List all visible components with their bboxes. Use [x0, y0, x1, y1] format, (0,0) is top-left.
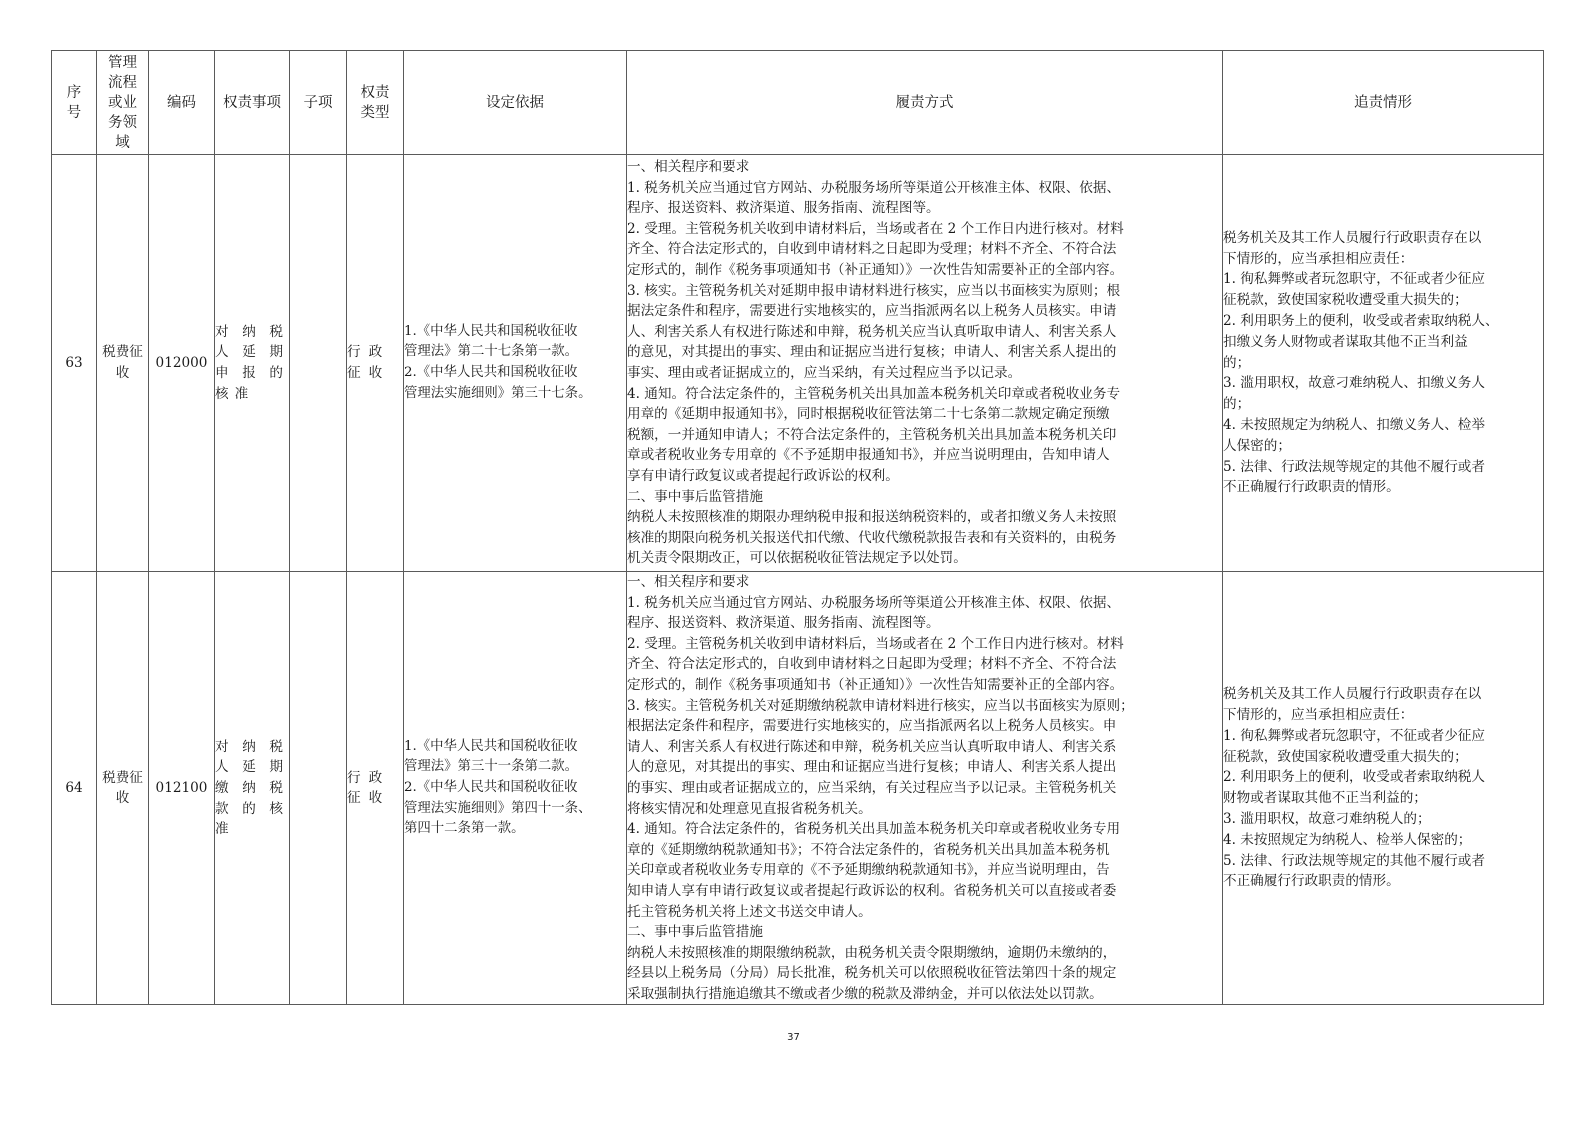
cell-method: 一、相关程序和要求 1. 税务机关应当通过官方网站、办税服务场所等渠道公开核准主… — [627, 155, 1223, 572]
method-line: 3. 核实。主管税务机关对延期缴纳税款申请材料进行核实，应当以书面核实为原则； — [627, 696, 1222, 717]
header-accountability: 追责情形 — [1223, 51, 1544, 155]
method-line: 纳税人未按照核准的期限缴纳税款，由税务机关责令限期缴纳，逾期仍未缴纳的， — [627, 943, 1222, 964]
method-line: 4. 通知。符合法定条件的，省税务机关出具加盖本税务机关印章或者税收业务专用 — [627, 819, 1222, 840]
accountability-line: 不正确履行行政职责的情形。 — [1223, 871, 1543, 892]
accountability-line: 3. 滥用职权，故意刁难纳税人、扣缴义务人 — [1223, 373, 1543, 394]
accountability-line: 4. 未按照规定为纳税人、扣缴义务人、检举 — [1223, 415, 1543, 436]
cell-code: 012000 — [149, 155, 215, 572]
basis-line: 管理法实施细则》第三十七条。 — [404, 384, 626, 405]
table-row: 64 税费征收 012100 对纳税人延期缴纳税款的核准 行政征收 1.《中华人… — [52, 572, 1544, 1005]
accountability-line: 不正确履行行政职责的情形。 — [1223, 477, 1543, 498]
cell-area: 税费征收 — [97, 155, 149, 572]
method-line: 3. 核实。主管税务机关对延期申报申请材料进行核实，应当以书面核实为原则；根 — [627, 281, 1222, 302]
method-line: 人、利害关系人有权进行陈述和申辩，税务机关应当认真听取申请人、利害关系人 — [627, 322, 1222, 343]
method-line: 纳税人未按照核准的期限办理纳税申报和报送纳税资料的，或者扣缴义务人未按照 — [627, 507, 1222, 528]
method-line: 1. 税务机关应当通过官方网站、办税服务场所等渠道公开核准主体、权限、依据、 — [627, 593, 1222, 614]
cell-seq: 64 — [52, 572, 97, 1005]
basis-line: 管理法》第二十七条第一款。 — [404, 342, 626, 363]
method-line: 享有申请行政复议或者提起行政诉讼的权利。 — [627, 466, 1222, 487]
cell-type: 行政征收 — [347, 572, 404, 1005]
accountability-line: 的； — [1223, 394, 1543, 415]
method-line: 齐全、符合法定形式的，自收到申请材料之日起即为受理；材料不齐全、不符合法 — [627, 239, 1222, 260]
accountability-line: 4. 未按照规定为纳税人、检举人保密的； — [1223, 830, 1543, 851]
method-line: 齐全、符合法定形式的，自收到申请材料之日起即为受理；材料不齐全、不符合法 — [627, 654, 1222, 675]
method-line: 4. 通知。符合法定条件的，主管税务机关出具加盖本税务机关印章或者税收业务专 — [627, 384, 1222, 405]
cell-basis: 1.《中华人民共和国税收征收 管理法》第二十七条第一款。 2.《中华人民共和国税… — [404, 155, 627, 572]
method-line: 二、事中事后监管措施 — [627, 922, 1222, 943]
method-line: 人的意见，对其提出的事实、理由和证据应当进行复核；申请人、利害关系人提出 — [627, 757, 1222, 778]
page-number: 37 — [0, 1032, 1587, 1043]
basis-line: 2.《中华人民共和国税收征收 — [404, 363, 626, 384]
header-item: 权责事项 — [215, 51, 290, 155]
cell-type: 行政征收 — [347, 155, 404, 572]
method-line: 程序、报送资料、救济渠道、服务指南、流程图等。 — [627, 198, 1222, 219]
cell-subitem — [290, 155, 347, 572]
accountability-line: 扣缴义务人财物或者谋取其他不正当利益 — [1223, 332, 1543, 353]
accountability-line: 5. 法律、行政法规等规定的其他不履行或者 — [1223, 851, 1543, 872]
accountability-line: 财物或者谋取其他不正当利益的； — [1223, 788, 1543, 809]
method-line: 1. 税务机关应当通过官方网站、办税服务场所等渠道公开核准主体、权限、依据、 — [627, 178, 1222, 199]
method-line: 二、事中事后监管措施 — [627, 487, 1222, 508]
method-line: 定形式的，制作《税务事项通知书（补正通知）》一次性告知需要补正的全部内容。 — [627, 260, 1222, 281]
method-line: 税额，一并通知申请人；不符合法定条件的，主管税务机关出具加盖本税务机关印 — [627, 425, 1222, 446]
accountability-line: 征税款，致使国家税收遭受重大损失的； — [1223, 747, 1543, 768]
method-line: 一、相关程序和要求 — [627, 157, 1222, 178]
header-area: 管理流程或业务领域 — [97, 51, 149, 155]
cell-code: 012100 — [149, 572, 215, 1005]
responsibility-table: 序号 管理流程或业务领域 编码 权责事项 子项 权责类型 设定依据 履责方式 追… — [51, 50, 1544, 1005]
basis-line: 1.《中华人民共和国税收征收 — [404, 737, 626, 758]
basis-line: 管理法实施细则》第四十一条、 — [404, 799, 626, 820]
method-line: 采取强制执行措施追缴其不缴或者少缴的税款及滞纳金，并可以依法处以罚款。 — [627, 984, 1222, 1005]
method-line: 的意见，对其提出的事实、理由和证据应当进行复核；申请人、利害关系人提出的 — [627, 342, 1222, 363]
header-seq: 序号 — [52, 51, 97, 155]
method-line: 托主管税务机关将上述文书送交申请人。 — [627, 902, 1222, 923]
header-basis: 设定依据 — [404, 51, 627, 155]
cell-basis: 1.《中华人民共和国税收征收 管理法》第三十一条第二款。 2.《中华人民共和国税… — [404, 572, 627, 1005]
accountability-line: 税务机关及其工作人员履行行政职责存在以 — [1223, 684, 1543, 705]
method-line: 经县以上税务局（分局）局长批准，税务机关可以依照税收征管法第四十条的规定 — [627, 963, 1222, 984]
method-line: 2. 受理。主管税务机关收到申请材料后，当场或者在 2 个工作日内进行核对。材料 — [627, 219, 1222, 240]
method-line: 关印章或者税收业务专用章的《不予延期缴纳税款通知书》，并应当说明理由，告 — [627, 860, 1222, 881]
method-line: 核准的期限向税务机关报送代扣代缴、代收代缴税款报告表和有关资料的，由税务 — [627, 528, 1222, 549]
method-line: 机关责令限期改正，可以依据税收征管法规定予以处罚。 — [627, 548, 1222, 569]
method-line: 请人、利害关系人有权进行陈述和申辩，税务机关应当认真听取申请人、利害关系 — [627, 737, 1222, 758]
method-line: 根据法定条件和程序，需要进行实地核实的，应当指派两名以上税务人员核实。申 — [627, 716, 1222, 737]
method-line: 章的《延期缴纳税款通知书》；不符合法定条件的，省税务机关出具加盖本税务机 — [627, 840, 1222, 861]
cell-subitem — [290, 572, 347, 1005]
cell-item: 对纳税人延期申报的核准 — [215, 155, 290, 572]
accountability-line: 的； — [1223, 353, 1543, 374]
accountability-line: 征税款，致使国家税收遭受重大损失的； — [1223, 290, 1543, 311]
method-line: 章或者税收业务专用章的《不予延期申报通知书》，并应当说明理由，告知申请人 — [627, 445, 1222, 466]
method-line: 一、相关程序和要求 — [627, 572, 1222, 593]
method-line: 程序、报送资料、救济渠道、服务指南、流程图等。 — [627, 613, 1222, 634]
accountability-line: 人保密的； — [1223, 436, 1543, 457]
header-row: 序号 管理流程或业务领域 编码 权责事项 子项 权责类型 设定依据 履责方式 追… — [52, 51, 1544, 155]
accountability-line: 1. 徇私舞弊或者玩忽职守，不征或者少征应 — [1223, 269, 1543, 290]
header-subitem: 子项 — [290, 51, 347, 155]
method-line: 用章的《延期申报通知书》，同时根据税收征管法第二十七条第二款规定确定预缴 — [627, 404, 1222, 425]
accountability-line: 下情形的，应当承担相应责任： — [1223, 705, 1543, 726]
basis-line: 1.《中华人民共和国税收征收 — [404, 322, 626, 343]
method-line: 知申请人享有申请行政复议或者提起行政诉讼的权利。省税务机关可以直接或者委 — [627, 881, 1222, 902]
cell-accountability: 税务机关及其工作人员履行行政职责存在以 下情形的，应当承担相应责任： 1. 徇私… — [1223, 572, 1544, 1005]
method-line: 定形式的，制作《税务事项通知书（补正通知）》一次性告知需要补正的全部内容。 — [627, 675, 1222, 696]
table-row: 63 税费征收 012000 对纳税人延期申报的核准 行政征收 1.《中华人民共… — [52, 155, 1544, 572]
method-line: 将核实情况和处理意见直报省税务机关。 — [627, 799, 1222, 820]
cell-method: 一、相关程序和要求 1. 税务机关应当通过官方网站、办税服务场所等渠道公开核准主… — [627, 572, 1223, 1005]
cell-area: 税费征收 — [97, 572, 149, 1005]
cell-seq: 63 — [52, 155, 97, 572]
header-code: 编码 — [149, 51, 215, 155]
accountability-line: 下情形的，应当承担相应责任： — [1223, 249, 1543, 270]
method-line: 2. 受理。主管税务机关收到申请材料后，当场或者在 2 个工作日内进行核对。材料 — [627, 634, 1222, 655]
accountability-line: 2. 利用职务上的便利，收受或者索取纳税人 — [1223, 767, 1543, 788]
basis-line: 管理法》第三十一条第二款。 — [404, 757, 626, 778]
header-method: 履责方式 — [627, 51, 1223, 155]
accountability-line: 5. 法律、行政法规等规定的其他不履行或者 — [1223, 457, 1543, 478]
accountability-line: 1. 徇私舞弊或者玩忽职守，不征或者少征应 — [1223, 726, 1543, 747]
cell-item: 对纳税人延期缴纳税款的核准 — [215, 572, 290, 1005]
accountability-line: 税务机关及其工作人员履行行政职责存在以 — [1223, 228, 1543, 249]
method-line: 的事实、理由或者证据成立的，应当采纳，有关过程应当予以记录。主管税务机关 — [627, 778, 1222, 799]
header-type: 权责类型 — [347, 51, 404, 155]
method-line: 据法定条件和程序，需要进行实地核实的，应当指派两名以上税务人员核实。申请 — [627, 301, 1222, 322]
method-line: 事实、理由或者证据成立的，应当采纳，有关过程应当予以记录。 — [627, 363, 1222, 384]
basis-line: 2.《中华人民共和国税收征收 — [404, 778, 626, 799]
accountability-line: 2. 利用职务上的便利，收受或者索取纳税人、 — [1223, 311, 1543, 332]
basis-line: 第四十二条第一款。 — [404, 819, 626, 840]
accountability-line: 3. 滥用职权，故意刁难纳税人的； — [1223, 809, 1543, 830]
cell-accountability: 税务机关及其工作人员履行行政职责存在以 下情形的，应当承担相应责任： 1. 徇私… — [1223, 155, 1544, 572]
